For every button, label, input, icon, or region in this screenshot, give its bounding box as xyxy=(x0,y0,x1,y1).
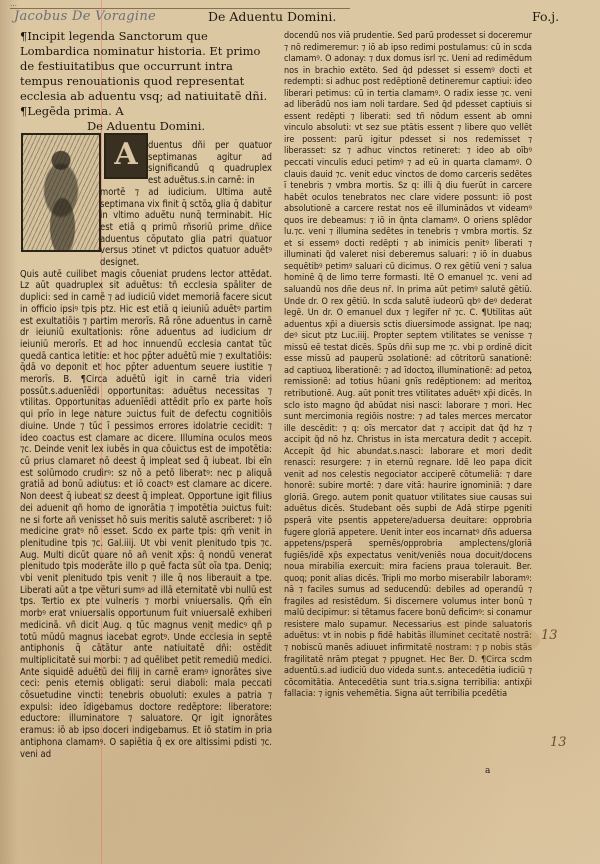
paper-stain xyxy=(420,620,540,660)
left-column-body: Quis autē cuilibet magis cōueniat pruden… xyxy=(20,269,272,761)
chapter-heading: De Aduentu Domini. xyxy=(20,119,272,134)
handwritten-author-annotation: Jacobus De Voragine xyxy=(14,9,156,24)
pencil-marginal-number: 13 xyxy=(541,628,558,643)
running-head-title: De Aduentu Domini. xyxy=(208,9,336,24)
torn-top-edge-text: … xyxy=(10,0,350,9)
woodcut-illustration-icon xyxy=(21,133,101,252)
right-text-column: docendū nos viā prudentie. Sed parū prod… xyxy=(284,31,532,701)
paper-stain xyxy=(240,230,250,238)
pencil-marginal-number: 13 xyxy=(550,735,567,750)
folio-number: Fo.j. xyxy=(532,9,559,24)
incipit-paragraph: ¶Incipit legenda Sanctorum que Lombardic… xyxy=(20,29,272,119)
paper-stain xyxy=(200,624,214,636)
decorated-initial-letter: A xyxy=(104,133,148,179)
right-column-body: docendū nos viā prudentie. Sed parū prod… xyxy=(284,31,532,701)
signature-mark: a xyxy=(485,766,490,776)
